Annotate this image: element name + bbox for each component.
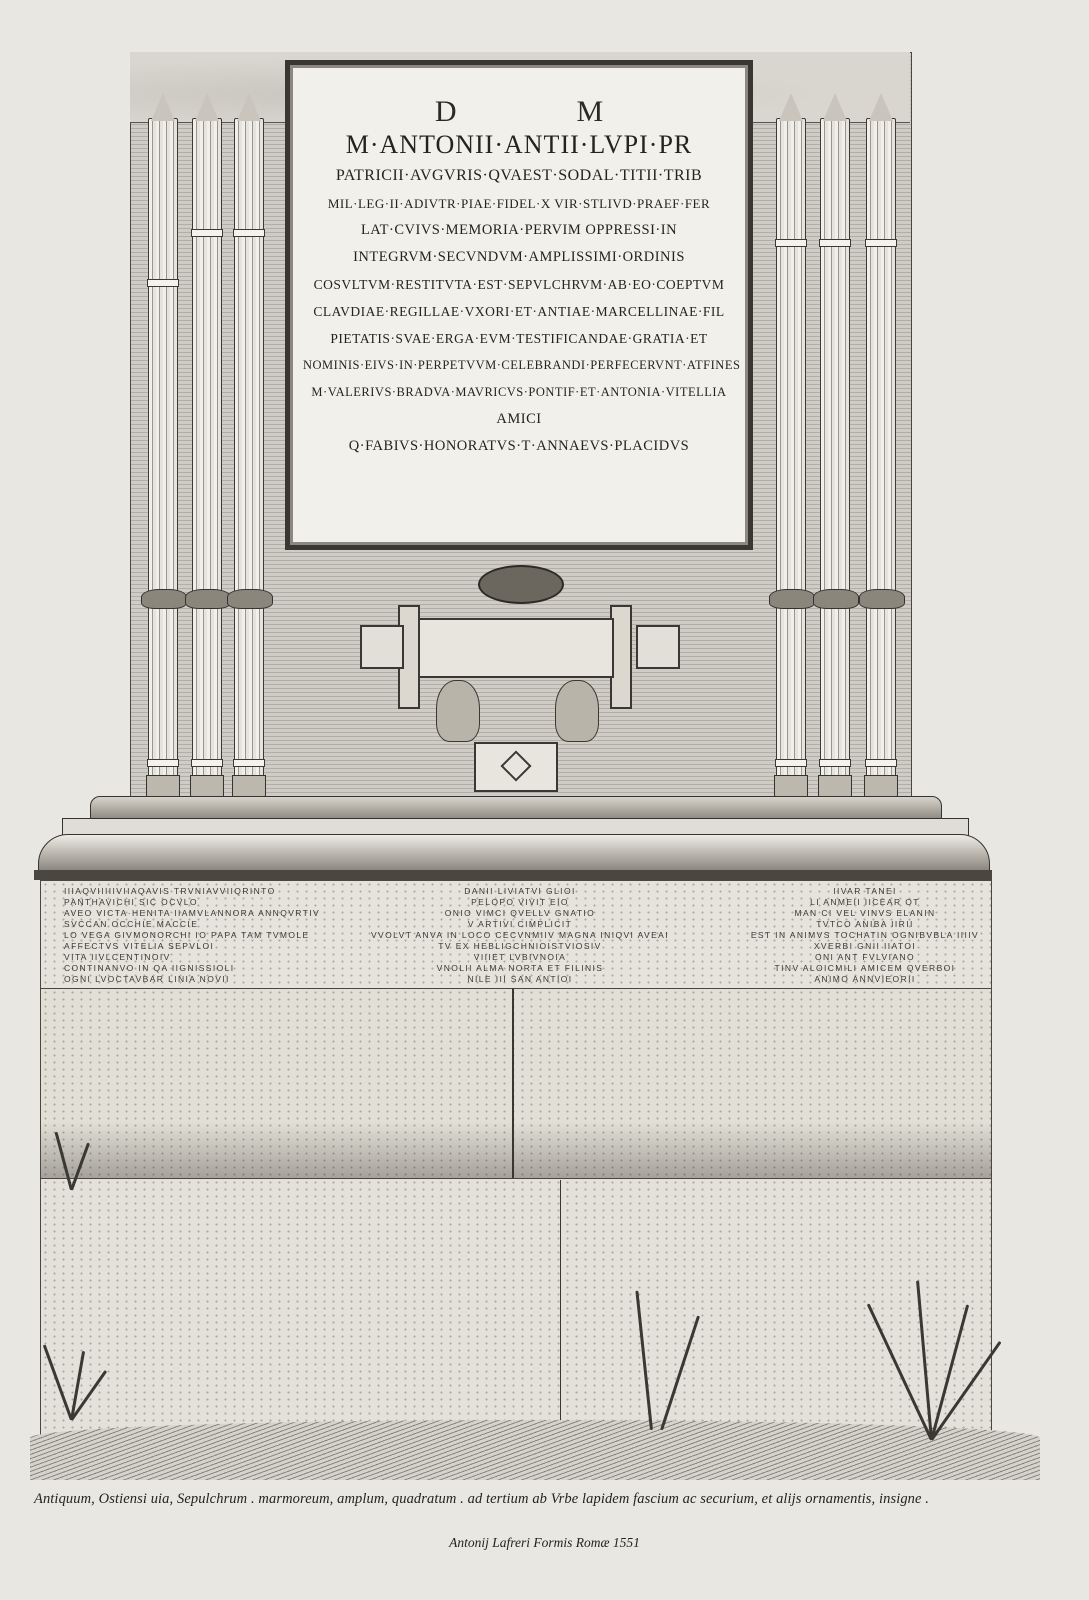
fasces-bundle-left-1: [148, 118, 178, 780]
inscription-line: PIETATIS·SVAE·ERGA·EVM·TESTIFICANDAE·GRA…: [303, 325, 735, 352]
bust-figure-left: [436, 680, 480, 742]
axe-head-icon: [227, 589, 273, 609]
portrait-medallion-right: [636, 625, 680, 669]
portrait-medallion-left: [360, 625, 404, 669]
wreath-ornament-icon: [478, 565, 564, 604]
stone-joint: [512, 988, 514, 1178]
plinth-molding-shadow: [34, 870, 992, 880]
inscription-line: MIL·LEG·II·ADIVTR·PIAE·FIDEL·X VIR·STLIV…: [303, 190, 735, 217]
inscription-line: NOMINIS·EIVS·IN·PERPETVVM·CELEBRANDI·PER…: [303, 352, 735, 379]
base-inscription-right: IIVAR TANEILI ANMEII IICEAR OT MAN CI VE…: [740, 886, 990, 985]
grass-plant-icon: [40, 1330, 100, 1420]
inscription-line: Q·FABIVS·HONORATVS·T·ANNAEVS·PLACIDVS: [303, 433, 735, 460]
lozenge-plaque: [474, 742, 558, 792]
ivy-plant-icon: [600, 1280, 720, 1430]
bust-figure-right: [555, 680, 599, 742]
fasces-bundle-left-2: [192, 118, 222, 780]
fasces-bundle-right-1: [776, 118, 806, 780]
plate-caption: Antiquum, Ostiensi uia, Sepulchrum . mar…: [34, 1491, 1054, 1508]
inscription-line: M·ANTONII·ANTII·LVPI·PR: [303, 128, 735, 162]
fasces-bundle-right-3: [866, 118, 896, 780]
inscription-tablet-frame: DM M·ANTONII·ANTII·LVPI·PR PATRICII·AVGV…: [285, 60, 753, 550]
inscription-line: CLAVDIAE·REGILLAE·VXORI·ET·ANTIAE·MARCEL…: [303, 298, 735, 325]
inscription-line: INTEGRVM·SECVNDVM·AMPLISSIMI·ORDINIS: [303, 244, 735, 271]
reed-plant-icon: [870, 1280, 990, 1440]
dis-manibus-heading: DM: [423, 96, 735, 128]
axe-head-icon: [769, 589, 815, 609]
inscription-line: COSVLTVM·RESTITVTA·EST·SEPVLCHRVM·AB·EO·…: [303, 271, 735, 298]
heading-m: M: [576, 95, 723, 128]
axe-head-icon: [859, 589, 905, 609]
publisher-imprint: Antonij Lafreri Formis Romæ 1551: [0, 1535, 1089, 1551]
axe-head-icon: [141, 589, 187, 609]
inscription-line: LAT·CVIVS·MEMORIA·PERVIM OPPRESSI·IN: [303, 217, 735, 244]
plinth-molding-upper: [90, 796, 942, 820]
stone-joint: [560, 1180, 561, 1430]
plinth-molding-ogee: [38, 834, 990, 872]
base-stone-course-2: [40, 988, 992, 1180]
axe-head-icon: [185, 589, 231, 609]
base-stone-course-3: [40, 1178, 992, 1450]
inscription-line: AMICI: [303, 406, 735, 433]
fasces-bundle-right-2: [820, 118, 850, 780]
base-inscription-left: IIIAQVIIIIIVIIAQAVIS TRVNIAVVIIQRINTOPAN…: [64, 886, 320, 985]
grass-plant-icon: [45, 1120, 95, 1190]
garland-frieze-relief: [418, 618, 614, 678]
heading-d: D: [435, 95, 577, 128]
axe-head-icon: [813, 589, 859, 609]
inscription-tablet: DM M·ANTONII·ANTII·LVPI·PR PATRICII·AVGV…: [290, 65, 748, 545]
base-inscription-center: DANII LIVIATVI GLIOIPELOPO VIVIT EIO ONI…: [350, 886, 690, 985]
fasces-bundle-left-3: [234, 118, 264, 780]
inscription-line: M·VALERIVS·BRADVA·MAVRICVS·PONTIF·ET·ANT…: [303, 379, 735, 406]
inscription-line: PATRICII·AVGVRIS·QVAEST·SODAL·TITII·TRIB: [303, 162, 735, 190]
